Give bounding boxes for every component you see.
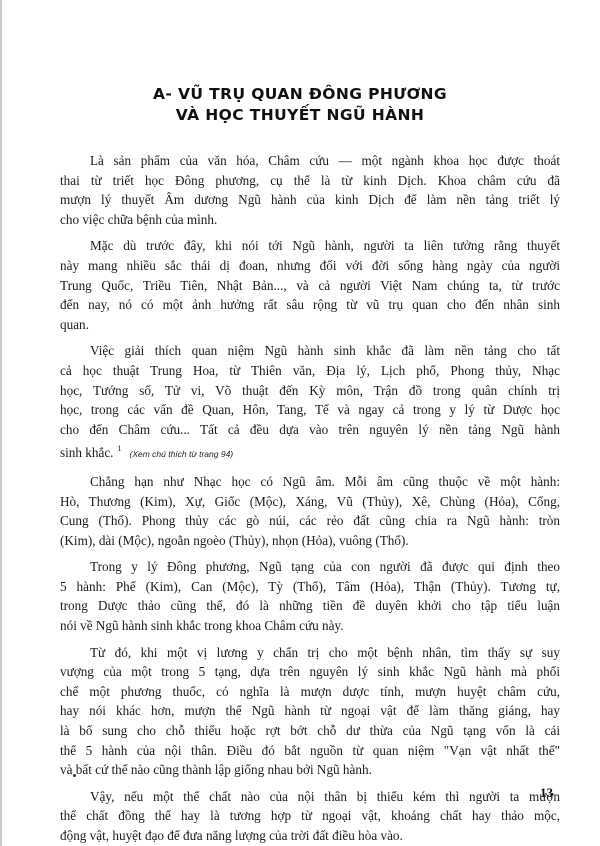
- paragraph-4: Chẳng hạn như Nhạc học có Ngũ âm. Mỗi âm…: [60, 472, 560, 550]
- paragraph-5: Trong y lý Đông phương, Ngũ tạng của con…: [60, 557, 560, 635]
- paragraph-6: Từ đó, khi một vị lương y chẩn trị cho m…: [60, 643, 560, 780]
- section-title-line-2: VÀ HỌC THUYẾT NGŨ HÀNH: [0, 105, 600, 126]
- text-line: Trung Quốc, Triều Tiên, Nhật Bản..., và …: [60, 276, 560, 296]
- paragraph-2: Mặc dù trước đây, khi nói tới Ngũ hành, …: [60, 236, 560, 334]
- text-line: Hò, Thương (Kim), Xự, Giốc (Mộc), Xáng, …: [60, 492, 560, 512]
- text-line: học, Tướng số, Tử vi, Võ thuật đến Kỳ mô…: [60, 381, 560, 401]
- text-line: đến nay, nó có một ảnh hưởng rất sâu rộn…: [60, 295, 560, 315]
- text-line: hay nói khác hơn, mượn thể Ngũ hành từ n…: [60, 701, 560, 721]
- text-line: Trong y lý Đông phương, Ngũ tạng của con…: [60, 557, 560, 577]
- page-number: 13: [540, 785, 553, 801]
- text-line: Là sản phẩm của văn hóa, Châm cứu — một …: [60, 151, 560, 171]
- text-line: trong Dược thảo cũng thế, đó là những ti…: [60, 596, 560, 616]
- text-line: cả học thuật Trung Hoa, từ Thiên văn, Đị…: [60, 361, 560, 381]
- text-line: cho việc chữa bệnh của mình.: [60, 210, 560, 230]
- paragraph-1: Là sản phẩm của văn hóa, Châm cứu — một …: [60, 151, 560, 229]
- section-title: A- VŨ TRỤ QUAN ĐÔNG PHƯƠNG VÀ HỌC THUYẾT…: [0, 84, 600, 126]
- text-line: là bổ sung cho chỗ thiếu hoặc rợt bớt ch…: [60, 721, 560, 741]
- footnote-reference-note: (Xem chú thích từ trang 94): [129, 449, 233, 459]
- text-line: quan.: [60, 315, 560, 335]
- text-line: (Kim), dài (Mộc), ngoằn ngoèo (Thủy), nh…: [60, 531, 560, 551]
- text-line: động vật, huyệt đạo để đưa năng lượng củ…: [60, 826, 560, 846]
- body-text: Là sản phẩm của văn hóa, Châm cứu — một …: [60, 151, 560, 846]
- text-line: mượn lý thuyết Âm dương Ngũ hành của kin…: [60, 190, 560, 210]
- text-line: nói về Ngũ hành sinh khắc trong khoa Châ…: [60, 616, 560, 636]
- text-line: này mang nhiều sắc thái dị đoan, nhưng đ…: [60, 256, 560, 276]
- ink-speck: [73, 774, 76, 777]
- text-line: Cung (Thổ). Phong thủy các gò núi, các r…: [60, 511, 560, 531]
- text-line: Từ đó, khi một vị lương y chẩn trị cho m…: [60, 643, 560, 663]
- section-title-line-1: A- VŨ TRỤ QUAN ĐÔNG PHƯƠNG: [0, 84, 600, 105]
- text-line: thai từ triết học Đông phương, cụ thể là…: [60, 171, 560, 191]
- text-segment: sinh khắc.: [60, 445, 113, 460]
- book-page: A- VŨ TRỤ QUAN ĐÔNG PHƯƠNG VÀ HỌC THUYẾT…: [0, 0, 600, 846]
- text-line: Chẳng hạn như Nhạc học có Ngũ âm. Mỗi âm…: [60, 472, 560, 492]
- text-line: thể chất đồng thể hay là tương hợp từ ng…: [60, 806, 560, 826]
- text-line: và bất cứ thể nào cũng thành lập giống n…: [60, 760, 560, 780]
- paragraph-3: Việc giải thích quan niệm Ngũ hành sinh …: [60, 341, 560, 465]
- paragraph-7: Vậy, nếu một thể chất nào của nội thân b…: [60, 787, 560, 846]
- text-line: chế một phương thuốc, có nghĩa là mượn d…: [60, 682, 560, 702]
- text-line: Mặc dù trước đây, khi nói tới Ngũ hành, …: [60, 236, 560, 256]
- text-line: vượng của một trong 5 tạng, dựa trên ngu…: [60, 662, 560, 682]
- text-line: học, trong các vấn đề Quan, Hôn, Tang, T…: [60, 400, 560, 420]
- text-line-with-footnote: sinh khắc.1(Xem chú thích từ trang 94): [60, 439, 560, 465]
- text-line: cho đến Châm cứu... Tất cả đều dựa vào t…: [60, 420, 560, 440]
- text-line: Việc giải thích quan niệm Ngũ hành sinh …: [60, 341, 560, 361]
- text-line: 5 hành: Phế (Kim), Can (Mộc), Tỳ (Thổ), …: [60, 577, 560, 597]
- text-line: thể 5 hành của nội thân. Điều đó bắt ngu…: [60, 741, 560, 761]
- text-line: Vậy, nếu một thể chất nào của nội thân b…: [60, 787, 560, 807]
- footnote-marker[interactable]: 1: [117, 444, 121, 453]
- page-edge: [0, 0, 2, 846]
